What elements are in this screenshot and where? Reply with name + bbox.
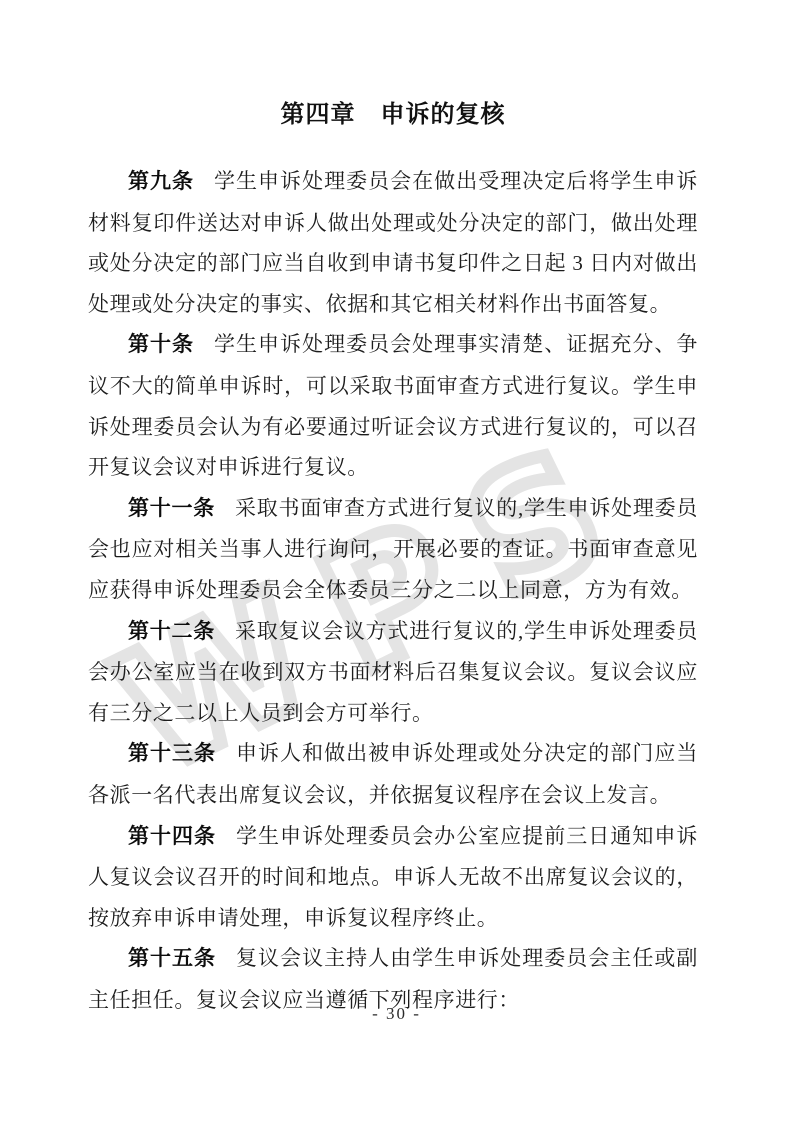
article-paragraph: 第十一条采取书面审查方式进行复议的,学生申诉处理委员会也应对相关当事人进行询问，… — [88, 488, 698, 611]
article-paragraph: 第十四条学生申诉处理委员会办公室应提前三日通知申诉人复议会议召开的时间和地点。申… — [88, 816, 698, 939]
article-number: 第九条 — [128, 170, 194, 193]
article-number: 第十五条 — [128, 947, 216, 970]
article-paragraph: 第十条学生申诉处理委员会处理事实清楚、证据充分、争议不大的简单申诉时，可以采取书… — [88, 324, 698, 487]
chapter-title: 第四章 申诉的复核 — [88, 100, 698, 130]
document-body: 第四章 申诉的复核 第九条学生申诉处理委员会在做出受理决定后将学生申诉材料复印件… — [88, 100, 698, 1020]
article-number: 第十四条 — [128, 825, 216, 848]
page-number: - 30 - — [0, 1004, 793, 1024]
article-paragraph: 第十二条采取复议会议方式进行复议的,学生申诉处理委员会办公室应当在收到双方书面材… — [88, 611, 698, 734]
article-paragraph: 第十三条申诉人和做出被申诉处理或处分决定的部门应当各派一名代表出席复议会议，并依… — [88, 733, 698, 815]
article-number: 第十条 — [128, 333, 194, 356]
article-number: 第十一条 — [128, 497, 215, 520]
document-page: WPS 第四章 申诉的复核 第九条学生申诉处理委员会在做出受理决定后将学生申诉材… — [0, 0, 793, 1122]
article-paragraph: 第九条学生申诉处理委员会在做出受理决定后将学生申诉材料复印件送达对申诉人做出处理… — [88, 161, 698, 324]
article-number: 第十二条 — [128, 620, 215, 643]
article-number: 第十三条 — [128, 742, 216, 765]
